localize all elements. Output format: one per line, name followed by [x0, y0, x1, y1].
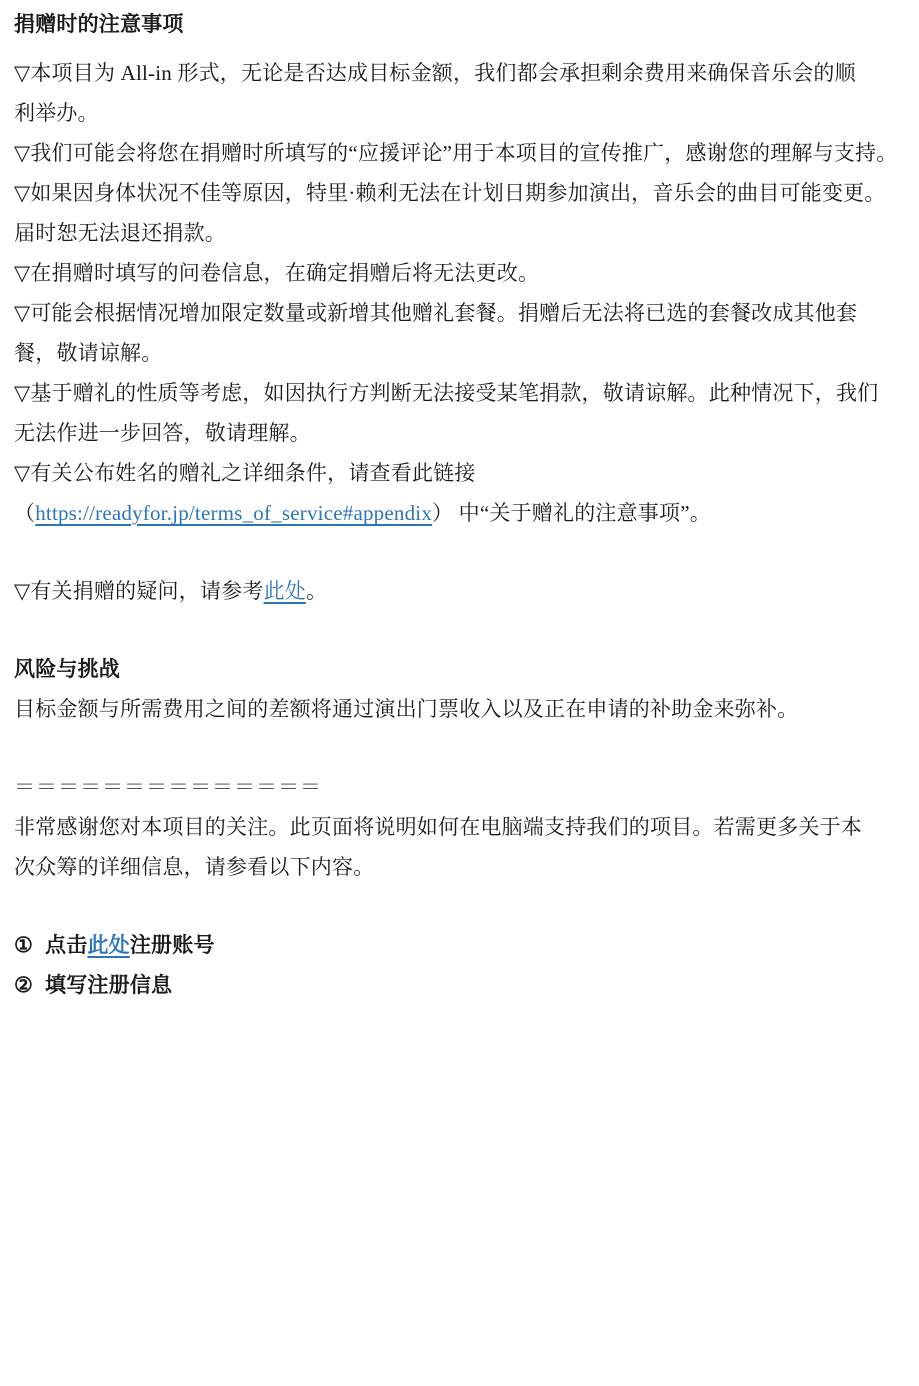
- faq-prefix: ▽有关捐赠的疑问，请参考: [14, 579, 264, 603]
- note-refusal-line1: ▽基于赠礼的性质等考虑，如因执行方判断无法接受某笔捐款，敬请谅解。此种情况下，我…: [14, 373, 907, 413]
- document-body: 捐赠时的注意事项 ▽本项目为 All-in 形式，无论是否达成目标金额，我们都会…: [0, 0, 919, 1005]
- spacer: [14, 887, 907, 925]
- register-link[interactable]: 此处: [87, 933, 129, 957]
- note-allin-line1: ▽本项目为 All-in 形式，无论是否达成目标金额，我们都会承担剩余费用来确保…: [14, 53, 907, 93]
- step-register-account: ①点击此处注册账号: [14, 925, 907, 965]
- intro-line2: 次众筹的详细信息，请参看以下内容。: [14, 847, 907, 887]
- open-paren: （: [14, 501, 35, 525]
- spacer: [14, 729, 907, 767]
- step1-suffix: 注册账号: [130, 933, 215, 957]
- note-refusal-line2: 无法作进一步回答，敬请理解。: [14, 413, 907, 453]
- note-faq-line: ▽有关捐赠的疑问，请参考此处。: [14, 571, 907, 611]
- notes-heading: 捐赠时的注意事项: [14, 4, 907, 44]
- equals-divider: ＝＝＝＝＝＝＝＝＝＝＝＝＝＝: [14, 767, 907, 807]
- step2-number-icon: ②: [14, 973, 33, 997]
- spacer: [14, 611, 907, 649]
- terms-link-after: 中“关于赠礼的注意事项”。: [453, 501, 711, 525]
- note-health-line1: ▽如果因身体状况不佳等原因，特里·赖利无法在计划日期参加演出，音乐会的曲目可能变…: [14, 173, 907, 213]
- risk-body: 目标金额与所需费用之间的差额将通过演出门票收入以及正在申请的补助金来弥补。: [14, 689, 907, 729]
- note-packages-line1: ▽可能会根据情况增加限定数量或新增其他赠礼套餐。捐赠后无法将已选的套餐改成其他套: [14, 293, 907, 333]
- terms-of-service-link[interactable]: https://readyfor.jp/terms_of_service#app…: [35, 501, 432, 525]
- close-paren: ）: [432, 501, 453, 525]
- risk-heading: 风险与挑战: [14, 649, 907, 689]
- spacer: [14, 533, 907, 571]
- note-name-publication: ▽有关公布姓名的赠礼之详细条件，请查看此链接: [14, 453, 907, 493]
- step-fill-info: ②填写注册信息: [14, 965, 907, 1005]
- note-allin-line2: 利举办。: [14, 93, 907, 133]
- note-packages-line2: 餐，敬请谅解。: [14, 333, 907, 373]
- note-terms-link-line: （https://readyfor.jp/terms_of_service#ap…: [14, 493, 907, 533]
- faq-link[interactable]: 此处: [264, 579, 306, 603]
- intro-line1: 非常感谢您对本项目的关注。此页面将说明如何在电脑端支持我们的项目。若需更多关于本: [14, 807, 907, 847]
- note-health-line2: 届时恕无法退还捐款。: [14, 213, 907, 253]
- step1-prefix: 点击: [45, 933, 87, 957]
- faq-suffix: 。: [306, 579, 327, 603]
- step1-number-icon: ①: [14, 933, 33, 957]
- note-questionnaire: ▽在捐赠时填写的问卷信息，在确定捐赠后将无法更改。: [14, 253, 907, 293]
- step2-text: 填写注册信息: [45, 973, 172, 997]
- note-comments: ▽我们可能会将您在捐赠时所填写的“应援评论”用于本项目的宣传推广，感谢您的理解与…: [14, 133, 907, 173]
